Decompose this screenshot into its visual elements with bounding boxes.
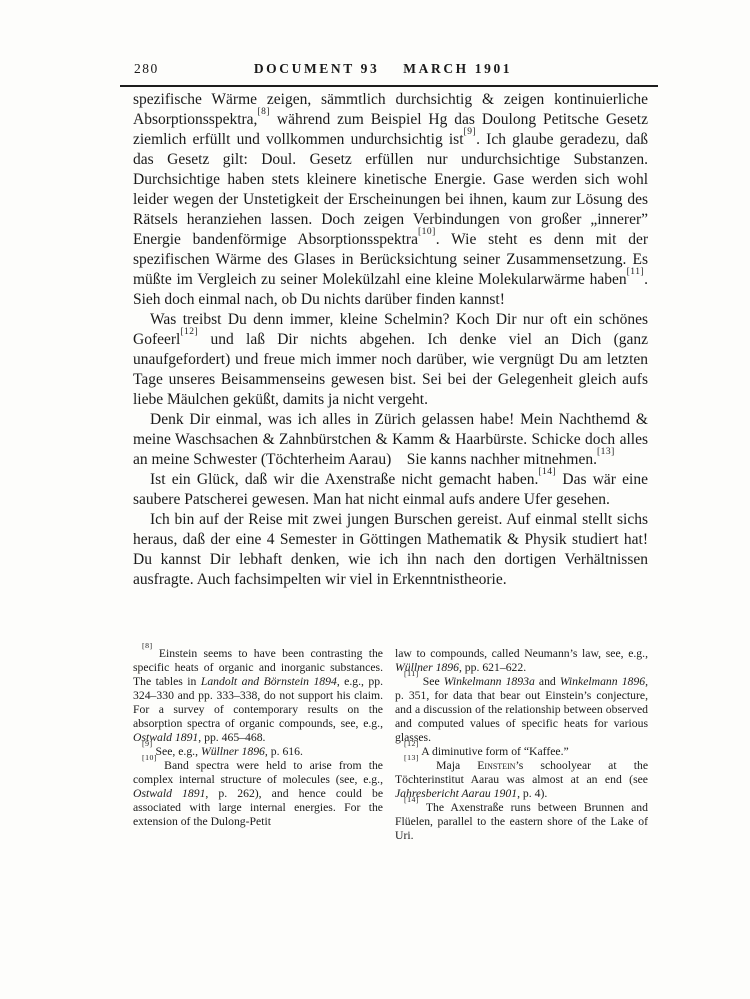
footnote-marker: [12]	[180, 327, 198, 337]
footnote: [14] The Axenstraße runs between Brunnen…	[395, 801, 648, 843]
footnote-marker: [12]	[404, 739, 419, 748]
text-run: See	[419, 675, 444, 688]
footnote: law to compounds, called Neumann’s law, …	[395, 647, 648, 675]
footnote-marker: [11]	[404, 669, 419, 678]
footnote-marker: [9]	[464, 127, 477, 137]
text-run: Maja	[419, 759, 477, 772]
italic-citation: Wüllner 1896	[201, 745, 265, 758]
running-head: DOCUMENT 93MARCH 1901	[133, 61, 633, 77]
text-run: , pp. 465–468.	[198, 731, 265, 744]
text-run: The Axenstraße runs between Brunnen and …	[395, 801, 648, 842]
text-run: , pp. 621–622.	[459, 661, 526, 674]
text-run: , p. 616.	[265, 745, 303, 758]
text-run: See, e.g.,	[153, 745, 201, 758]
body-paragraph: Denk Dir einmal, was ich alles in Zürich…	[133, 410, 648, 470]
text-run: A diminutive form of “Kaffee.”	[419, 745, 569, 758]
smallcaps-name: Einstein	[477, 759, 515, 772]
footnote-marker: [13]	[404, 753, 419, 762]
footnote: [13] Maja Einstein’s schoolyear at the T…	[395, 759, 648, 801]
footnote: [10] Band spectra were held to arise fro…	[133, 759, 383, 829]
text-run: , p. 4).	[517, 787, 547, 800]
footnote-marker: [14]	[538, 467, 556, 477]
italic-citation: Winkelmann 1893a	[444, 675, 535, 688]
header-rule	[120, 85, 658, 87]
text-run: law to compounds, called Neumann’s law, …	[395, 647, 648, 660]
body-paragraph: spezifische Wärme zeigen, sämmtlich durc…	[133, 90, 648, 310]
footnote-marker: [8]	[142, 641, 153, 650]
body-paragraph: Ich bin auf der Reise mit zwei jungen Bu…	[133, 510, 648, 590]
footnote: [9] See, e.g., Wüllner 1896, p. 616.	[133, 745, 383, 759]
document-title: DOCUMENT 93	[254, 61, 379, 76]
footnote-marker: [11]	[627, 267, 644, 277]
italic-citation: Winkelmann 1896	[560, 675, 645, 688]
text-run: Denk Dir einmal, was ich alles in Zürich…	[133, 411, 648, 468]
footnote-marker: [10]	[418, 227, 436, 237]
letter-body: spezifische Wärme zeigen, sämmtlich durc…	[133, 90, 648, 590]
body-paragraph: Was treibst Du denn immer, kleine Schelm…	[133, 310, 648, 410]
footnotes-right-column: law to compounds, called Neumann’s law, …	[395, 647, 648, 843]
footnote-marker: [8]	[257, 107, 270, 117]
footnote-marker: [14]	[404, 795, 419, 804]
book-page: 280 DOCUMENT 93MARCH 1901 spezifische Wä…	[0, 0, 750, 999]
italic-citation: Ostwald 1891	[133, 787, 205, 800]
footnote: [8] Einstein seems to have been contrast…	[133, 647, 383, 745]
footnotes-left-column: [8] Einstein seems to have been contrast…	[133, 647, 383, 843]
document-date: MARCH 1901	[403, 61, 512, 76]
text-run: Ich bin auf der Reise mit zwei jungen Bu…	[133, 511, 648, 588]
footnote-marker: [10]	[142, 753, 157, 762]
footnote: [11] See Winkelmann 1893a and Winkelmann…	[395, 675, 648, 745]
text-run: Band spectra were held to arise from the…	[133, 759, 383, 786]
footnote-marker: [13]	[597, 447, 615, 457]
italic-citation: Landolt and Börnstein 1894	[201, 675, 337, 688]
body-paragraph: Ist ein Glück, daß wir die Axenstraße ni…	[133, 470, 648, 510]
text-run: und laß Dir nichts abgehen. Ich denke vi…	[133, 331, 648, 408]
text-run: Ist ein Glück, daß wir die Axenstraße ni…	[150, 471, 538, 488]
footnote: [12] A diminutive form of “Kaffee.”	[395, 745, 648, 759]
text-run: and	[535, 675, 560, 688]
footnotes-section: [8] Einstein seems to have been contrast…	[133, 647, 648, 843]
footnote-marker: [9]	[142, 739, 153, 748]
